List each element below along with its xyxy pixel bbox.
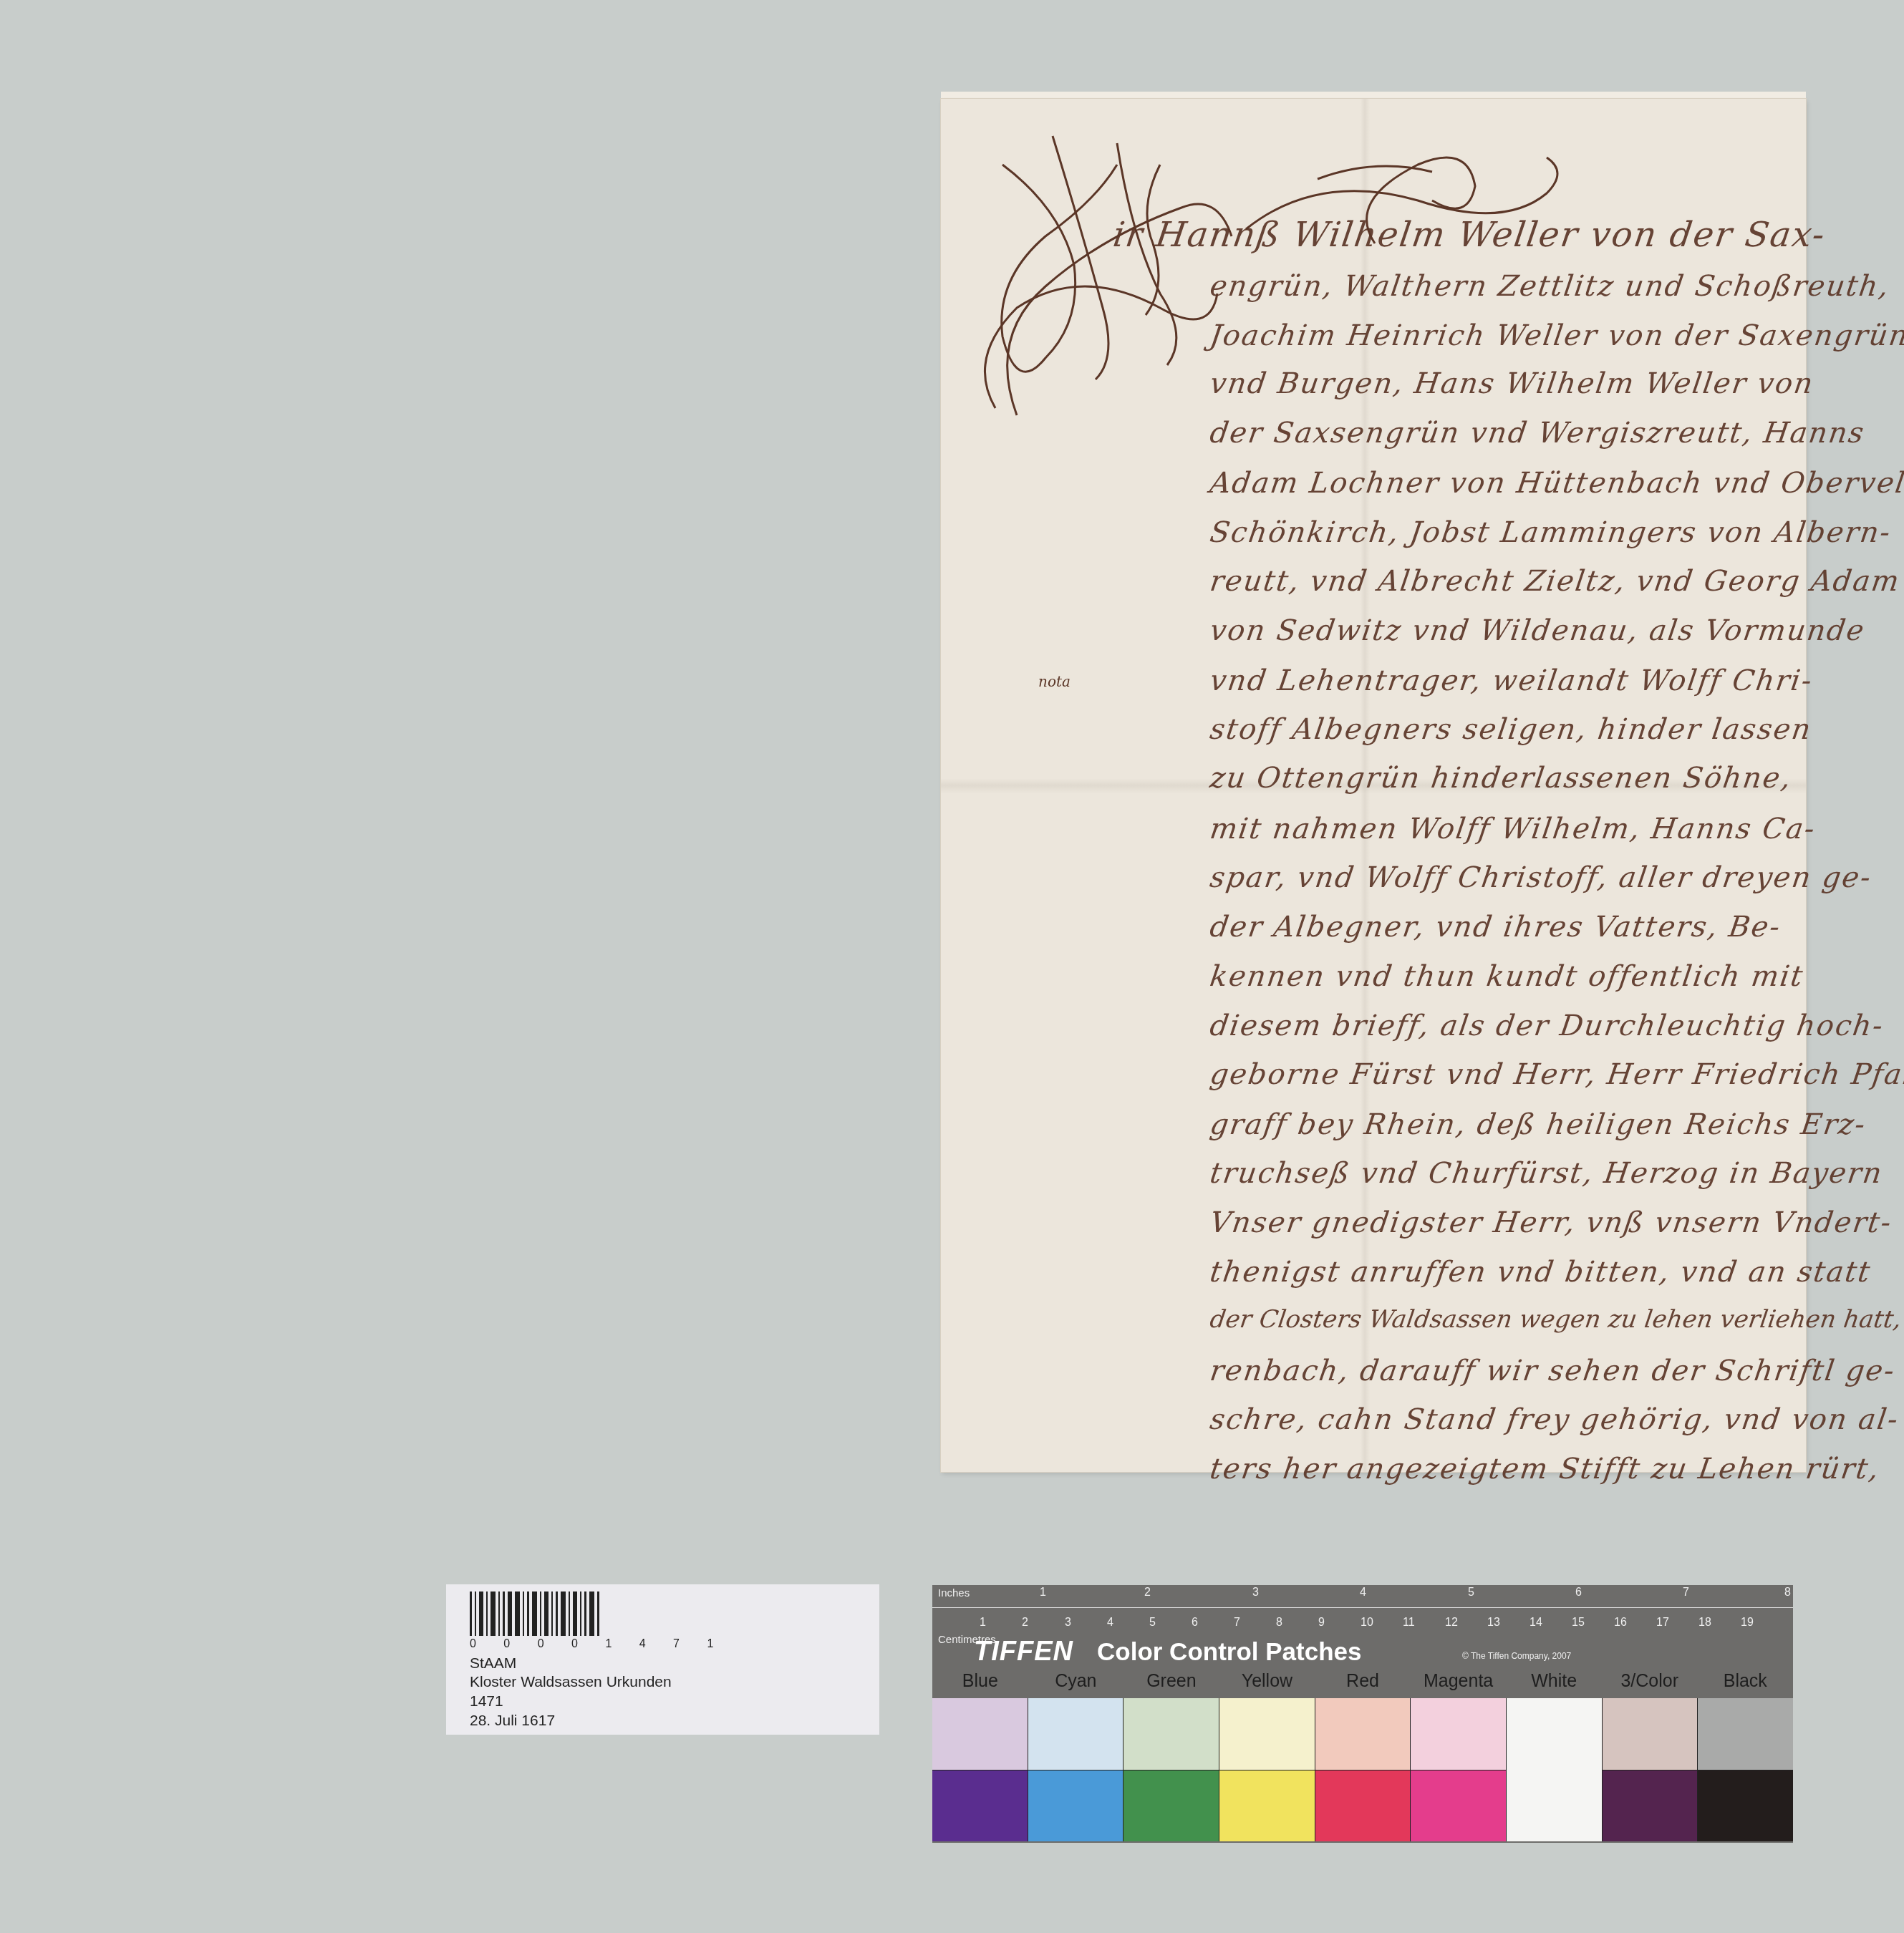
- cm-tick: 8: [1276, 1617, 1282, 1629]
- patch-label: 3/Color: [1602, 1671, 1698, 1692]
- patch-label: Blue: [932, 1671, 1028, 1692]
- document-date: 28. Juli 1617: [470, 1713, 555, 1728]
- patch-3color-dark: [1603, 1770, 1698, 1842]
- text-line: schre, cahn Stand frey gehörig, vnd von …: [1208, 1403, 1901, 1436]
- text-line: geborne Fürst vnd Herr, Herr Friedrich P…: [1208, 1058, 1904, 1091]
- patch-blue-dark: [932, 1770, 1028, 1842]
- patch-white: [1507, 1698, 1602, 1841]
- archive-label: 0 0 0 0 1 4 7 1 StAAM Kloster Waldsassen…: [446, 1584, 879, 1735]
- patch-label: White: [1506, 1671, 1602, 1692]
- text-line: spar, vnd Wolff Christoff, aller dreyen …: [1208, 861, 1874, 894]
- patch-3color-light: [1603, 1698, 1698, 1770]
- patch-label: Cyan: [1028, 1671, 1124, 1692]
- inch-tick: 8: [1784, 1586, 1791, 1599]
- cm-tick: 1: [980, 1617, 986, 1629]
- margin-note: nota: [1038, 673, 1071, 690]
- cm-tick: 4: [1107, 1617, 1113, 1629]
- institution: StAAM: [470, 1656, 516, 1671]
- cm-tick: 10: [1361, 1617, 1373, 1629]
- text-line: thenigst anruffen vnd bitten, vnd an sta…: [1208, 1256, 1873, 1289]
- patch-label: Yellow: [1219, 1671, 1315, 1692]
- text-line: mit nahmen Wolff Wilhelm, Hanns Ca-: [1208, 813, 1818, 846]
- patch-red-light: [1315, 1698, 1411, 1770]
- cm-tick: 11: [1403, 1617, 1415, 1629]
- patch-red-dark: [1315, 1770, 1411, 1842]
- barcode-number: 0 0 0 0 1 4 7 1: [470, 1638, 725, 1651]
- text-line: zu Ottengrün hinderlassenen Söhne,: [1208, 762, 1794, 795]
- color-patches: [932, 1698, 1793, 1841]
- patch-cyan-dark: [1028, 1770, 1123, 1842]
- cm-tick: 7: [1234, 1617, 1240, 1629]
- cm-tick: 18: [1698, 1617, 1711, 1629]
- patch-magenta-dark: [1411, 1770, 1506, 1842]
- text-line: ters her angezeigtem Stifft zu Lehen rür…: [1208, 1453, 1882, 1486]
- cm-tick: 3: [1065, 1617, 1071, 1629]
- patch-black-dark: [1698, 1770, 1793, 1842]
- cm-tick: 5: [1149, 1617, 1156, 1629]
- patch-label: Green: [1123, 1671, 1219, 1692]
- text-line: Vnser gnedigster Herr, vnß vnsern Vndert…: [1208, 1206, 1895, 1239]
- cm-tick: 12: [1445, 1617, 1458, 1629]
- text-line: vnd Burgen, Hans Wilhelm Weller von: [1208, 367, 1817, 400]
- tiffen-logo: TIFFEN: [974, 1637, 1073, 1667]
- barcode: [470, 1592, 602, 1636]
- text-line: stoff Albegners seligen, hinder lassen: [1208, 713, 1814, 746]
- inch-tick: 7: [1683, 1586, 1689, 1599]
- cm-tick: 14: [1530, 1617, 1542, 1629]
- cm-tick: 19: [1741, 1617, 1754, 1629]
- ruler: Inches 1 2 3 4 5 6 7 8 1 2 3 4 5 6 7 8 9…: [932, 1585, 1793, 1629]
- patch-yellow-light: [1219, 1698, 1315, 1770]
- inch-tick: 5: [1468, 1586, 1474, 1599]
- text-line: Joachim Heinrich Weller von der Saxengrü…: [1208, 319, 1904, 352]
- text-line: diesem brieff, als der Durchleuchtig hoc…: [1208, 1009, 1886, 1042]
- patch-black-light: [1698, 1698, 1793, 1770]
- patch-blue-light: [932, 1698, 1028, 1770]
- decorated-initial-w: [974, 122, 1246, 437]
- color-control-card: Inches 1 2 3 4 5 6 7 8 1 2 3 4 5 6 7 8 9…: [932, 1585, 1793, 1843]
- card-title: Color Control Patches: [1097, 1638, 1361, 1667]
- text-line: graff bey Rhein, deß heiligen Reichs Erz…: [1208, 1108, 1869, 1141]
- cm-tick: 16: [1614, 1617, 1627, 1629]
- inch-tick: 2: [1144, 1586, 1151, 1599]
- cm-tick: 17: [1656, 1617, 1669, 1629]
- text-line: vnd Lehentrager, weilandt Wolff Chri-: [1208, 664, 1815, 697]
- inch-tick: 6: [1575, 1586, 1582, 1599]
- document-number: 1471: [470, 1694, 503, 1709]
- cm-tick: 15: [1572, 1617, 1585, 1629]
- patch-labels: Blue Cyan Green Yellow Red Magenta White…: [932, 1671, 1793, 1692]
- text-line: reutt, vnd Albrecht Zieltz, vnd Georg Ad…: [1208, 565, 1903, 598]
- inches-label: Inches: [938, 1587, 970, 1599]
- patch-magenta-light: [1411, 1698, 1506, 1770]
- text-line: von Sedwitz vnd Wildenau, als Vormunde: [1208, 614, 1867, 647]
- patch-label: Red: [1315, 1671, 1411, 1692]
- text-line: truchseß vnd Churfürst, Herzog in Bayern: [1208, 1157, 1885, 1190]
- inch-tick: 3: [1252, 1586, 1259, 1599]
- text-line: kennen vnd thun kundt offentlich mit: [1208, 960, 1806, 993]
- patch-green-dark: [1123, 1770, 1219, 1842]
- patch-label: Black: [1698, 1671, 1794, 1692]
- patch-cyan-light: [1028, 1698, 1123, 1770]
- text-line: der Saxsengrün vnd Wergiszreutt, Hanns: [1208, 417, 1867, 450]
- collection: Kloster Waldsassen Urkunden: [470, 1675, 672, 1690]
- inch-tick: 4: [1360, 1586, 1366, 1599]
- cm-tick: 6: [1192, 1617, 1198, 1629]
- cm-tick: 9: [1318, 1617, 1325, 1629]
- text-line: Adam Lochner von Hüttenbach vnd Oberveld…: [1208, 467, 1904, 500]
- patch-green-light: [1123, 1698, 1219, 1770]
- cm-tick: 2: [1022, 1617, 1028, 1629]
- text-line: Schönkirch, Jobst Lammingers von Albern-: [1208, 516, 1894, 549]
- text-line: ir Hannß Wilhelm Weller von der Sax-: [1111, 215, 1828, 255]
- patch-yellow-dark: [1219, 1770, 1315, 1842]
- inch-tick: 1: [1040, 1586, 1046, 1599]
- text-line: der Closters Waldsassen wegen zu lehen v…: [1208, 1305, 1904, 1334]
- patch-label: Magenta: [1411, 1671, 1507, 1692]
- text-line: renbach, darauff wir sehen der Schriftl …: [1208, 1355, 1898, 1387]
- text-line: der Albegner, vnd ihres Vatters, Be-: [1208, 911, 1784, 944]
- text-line: engrün, Walthern Zettlitz und Schoßreuth…: [1208, 270, 1892, 303]
- cm-tick: 13: [1487, 1617, 1500, 1629]
- copyright: © The Tiffen Company, 2007: [1462, 1651, 1571, 1661]
